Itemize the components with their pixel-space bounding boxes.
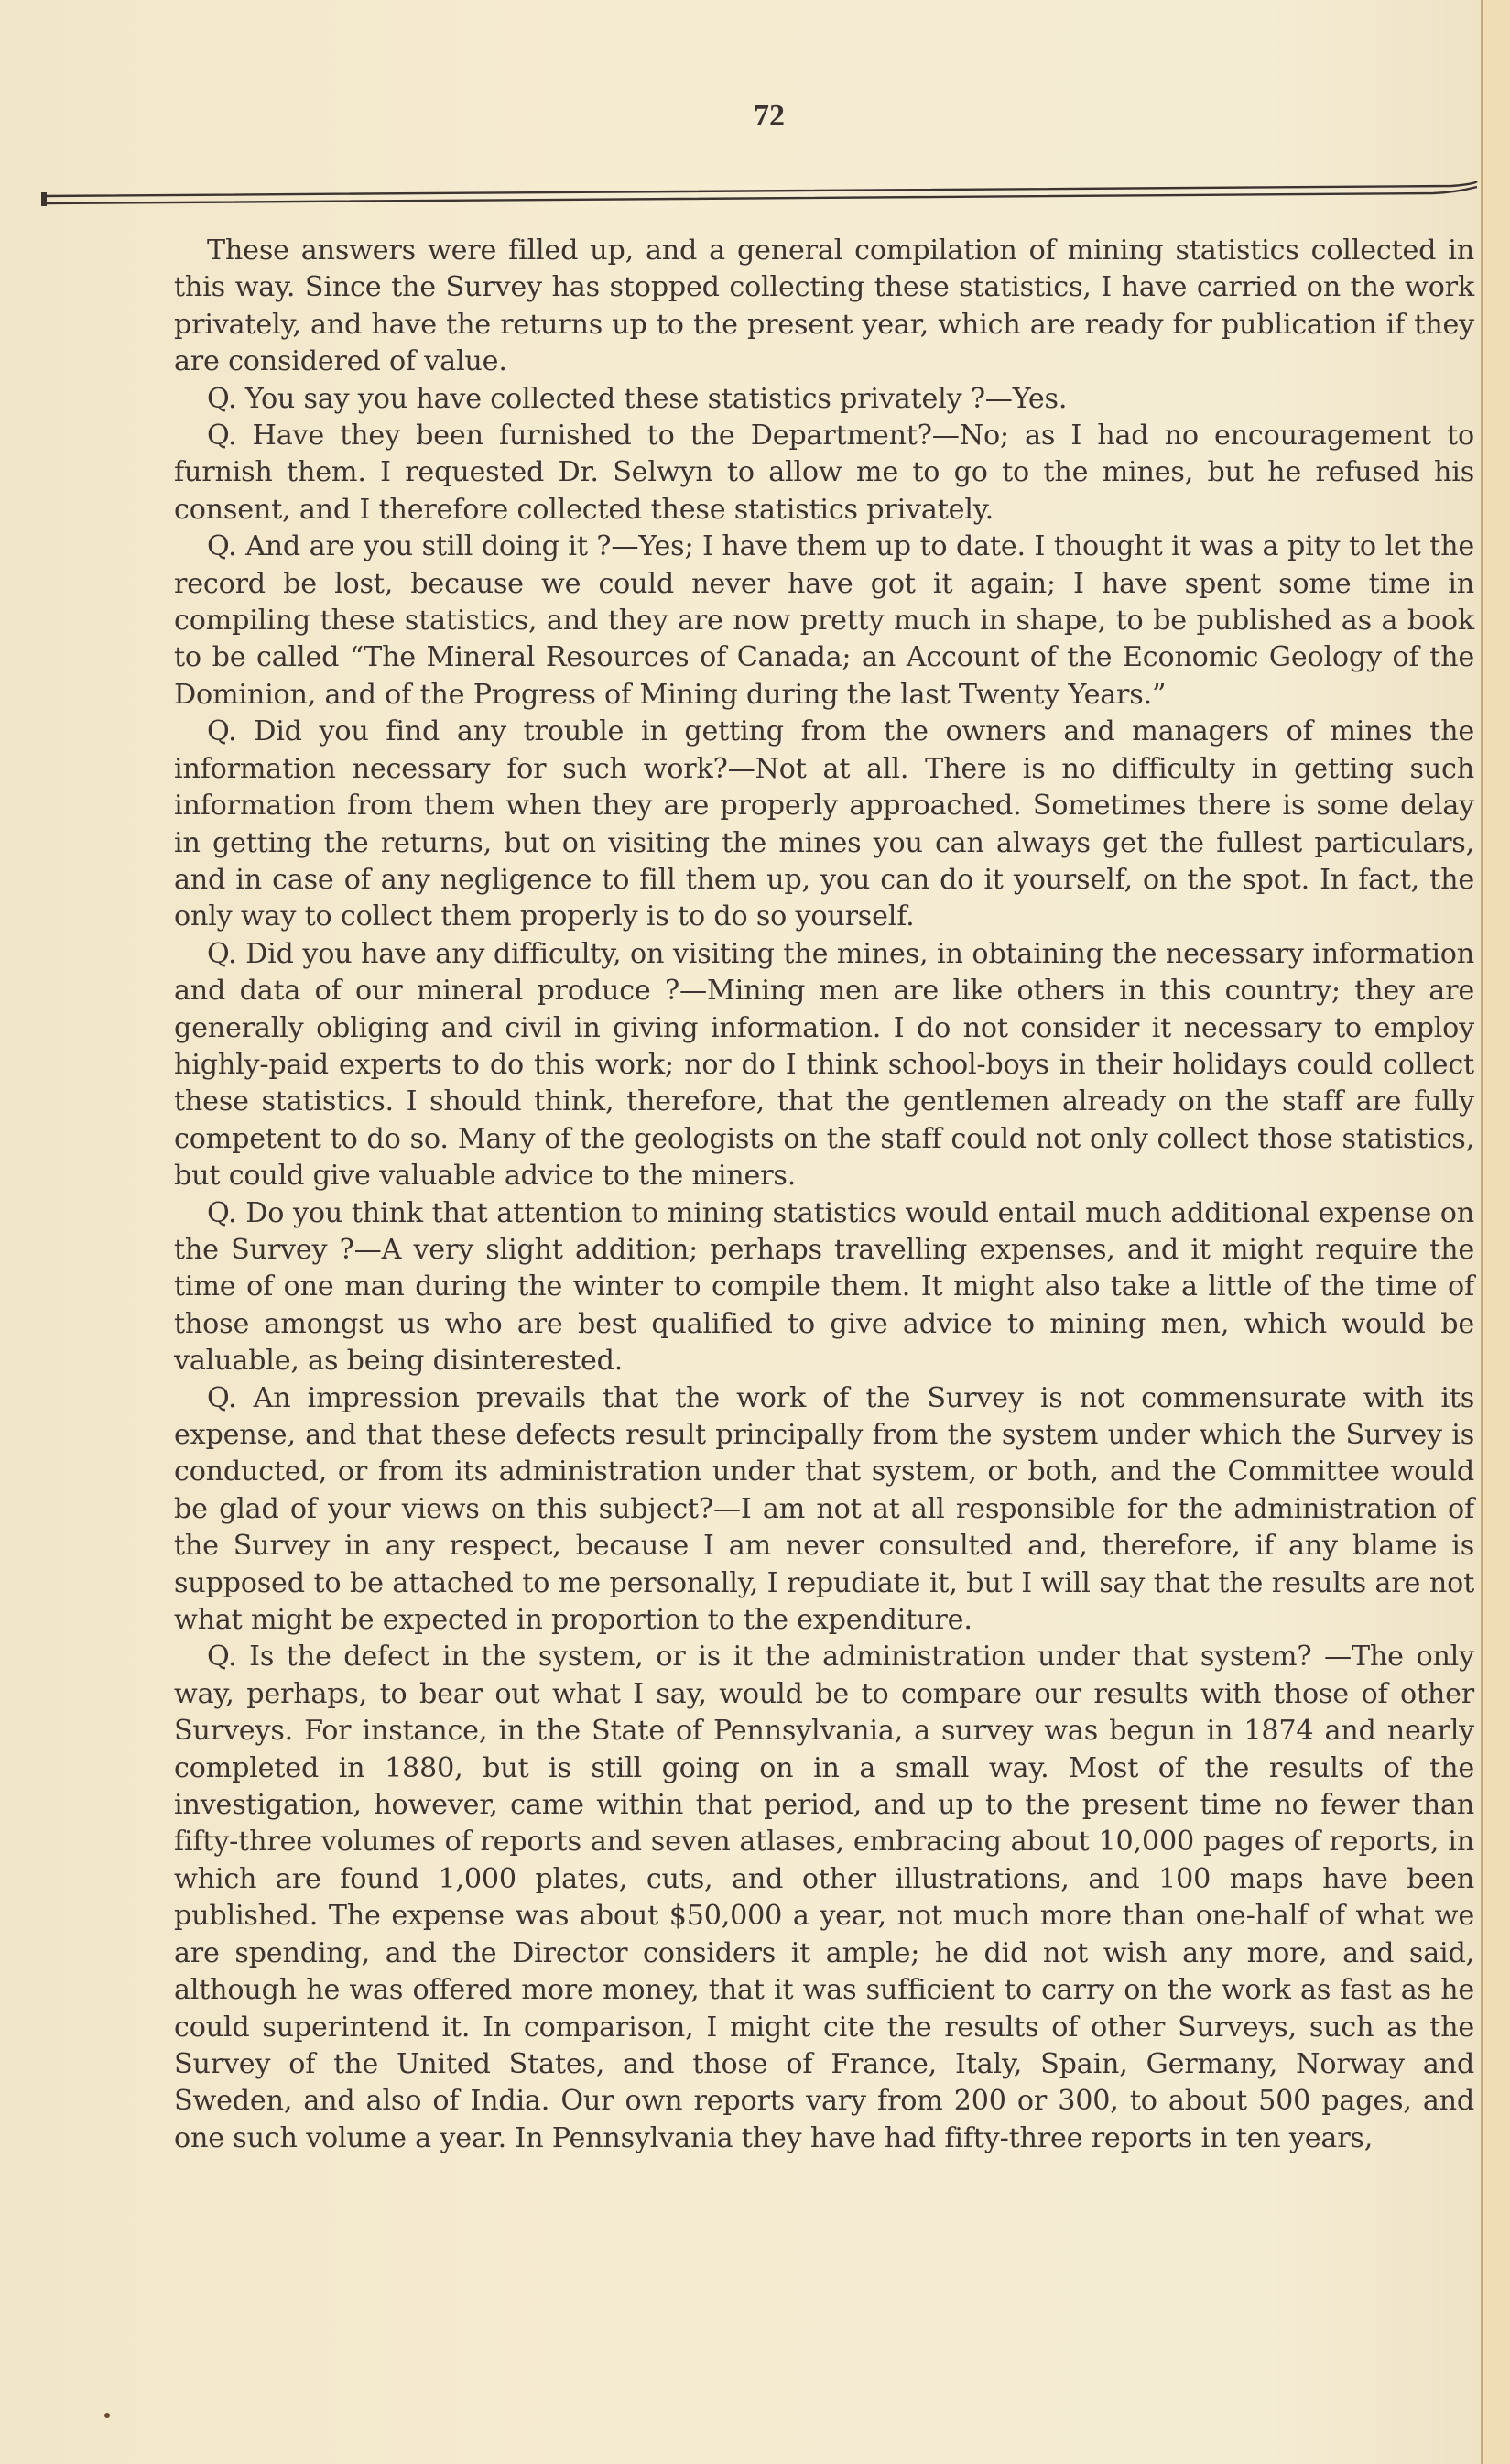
page-number: 72	[751, 99, 788, 134]
paragraph-question: Q. Have they been furnished to the Depar…	[174, 418, 1474, 529]
paragraph-question: Q. Did you find any trouble in getting f…	[174, 714, 1474, 935]
paragraph-question: Q. Is the defect in the system, or is it…	[174, 1639, 1474, 2157]
header-double-rule	[41, 181, 1479, 207]
paragraph-question: Q. You say you have collected these stat…	[174, 381, 1474, 418]
paragraph-question: Q. Do you think that attention to mining…	[174, 1195, 1474, 1380]
document-page: 72 These answers were filled up, and a g…	[0, 0, 1483, 2464]
paper-speck	[104, 2413, 110, 2418]
testimony-body: These answers were filled up, and a gene…	[174, 233, 1474, 2157]
book-gutter	[1481, 0, 1510, 2464]
paragraph-answer-intro: These answers were filled up, and a gene…	[174, 233, 1474, 381]
paragraph-question: Q. An impression prevails that the work …	[174, 1380, 1474, 1640]
paragraph-question: Q. Did you have any difficulty, on visit…	[174, 936, 1474, 1195]
paragraph-question: Q. And are you still doing it ?—Yes; I h…	[174, 529, 1474, 714]
